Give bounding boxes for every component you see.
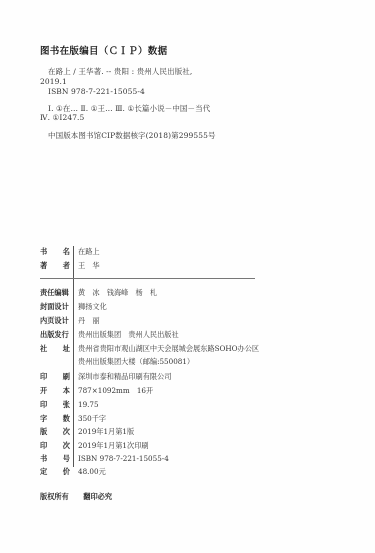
detail-value: 贵州出版集团 贵州人民出版社 — [78, 330, 179, 340]
detail-label: 出版发行 — [40, 330, 70, 340]
detail-value: 深圳市泰和精品印刷有限公司 — [78, 372, 171, 382]
detail-label: 责任编辑 — [40, 288, 70, 298]
detail-value: 王 华 — [78, 261, 100, 271]
cip-heading: 图书在版编目（ＣＩＰ）数据 — [40, 43, 167, 57]
detail-label: 书 名 — [40, 247, 70, 257]
copyright-piracy-prohibited: 翻印必究 — [83, 492, 112, 501]
cip-line-record-number: 中国版本图书馆CIP数据核字(2018)第299555号 — [48, 130, 216, 141]
detail-label: 印 次 — [40, 441, 70, 451]
detail-value: 贵州出版集团大楼（邮编:550081） — [78, 357, 194, 367]
detail-value: 787×1092mm 16开 — [78, 386, 153, 396]
detail-label: 印 刷 — [40, 372, 70, 382]
detail-label: 著 者 — [40, 261, 70, 271]
cip-line-isbn: ISBN 978-7-221-15055-4 — [48, 87, 145, 96]
horizontal-divider — [40, 278, 255, 279]
detail-label: 书 号 — [40, 454, 70, 464]
cip-line-title-author-publisher: 在路上 / 王华著. -- 贵阳 : 贵州人民出版社, — [48, 66, 192, 77]
copyright-notice: 版权所有 翻印必究 — [40, 492, 112, 502]
detail-label: 封面设计 — [40, 302, 70, 312]
copyright-all-rights-reserved: 版权所有 — [40, 492, 69, 501]
copyright-page: 图书在版编目（ＣＩＰ）数据 在路上 / 王华著. -- 贵阳 : 贵州人民出版社… — [0, 0, 375, 553]
detail-label: 字 数 — [40, 414, 70, 424]
detail-value: 贵州省贵阳市观山湖区中天会展城会展东路SOHO办公区 — [78, 344, 259, 354]
detail-value: 狮扬文化 — [78, 302, 107, 312]
detail-label: 版 次 — [40, 427, 70, 437]
detail-value: 黄 冰 钱海峰 杨 札 — [78, 288, 157, 298]
detail-value: 350千字 — [78, 414, 106, 424]
detail-label: 开 本 — [40, 386, 70, 396]
detail-value: 丹 丽 — [78, 316, 100, 326]
detail-label: 社 址 — [40, 344, 70, 354]
cip-line-year: 2019.1 — [40, 77, 67, 86]
detail-value: 在路上 — [78, 247, 100, 257]
detail-value: 2019年1月第1版 — [78, 427, 134, 437]
detail-label: 印 张 — [40, 400, 70, 410]
cip-line-clc-number: Ⅳ. ①I247.5 — [40, 113, 84, 122]
detail-label: 内页设计 — [40, 316, 70, 326]
detail-value: 19.75 — [78, 400, 99, 409]
detail-value: ISBN 978-7-221-15055-4 — [78, 454, 169, 463]
detail-label: 定 价 — [40, 467, 70, 477]
detail-value: 48.00元 — [78, 467, 106, 477]
detail-value: 2019年1月第1次印刷 — [78, 441, 149, 451]
